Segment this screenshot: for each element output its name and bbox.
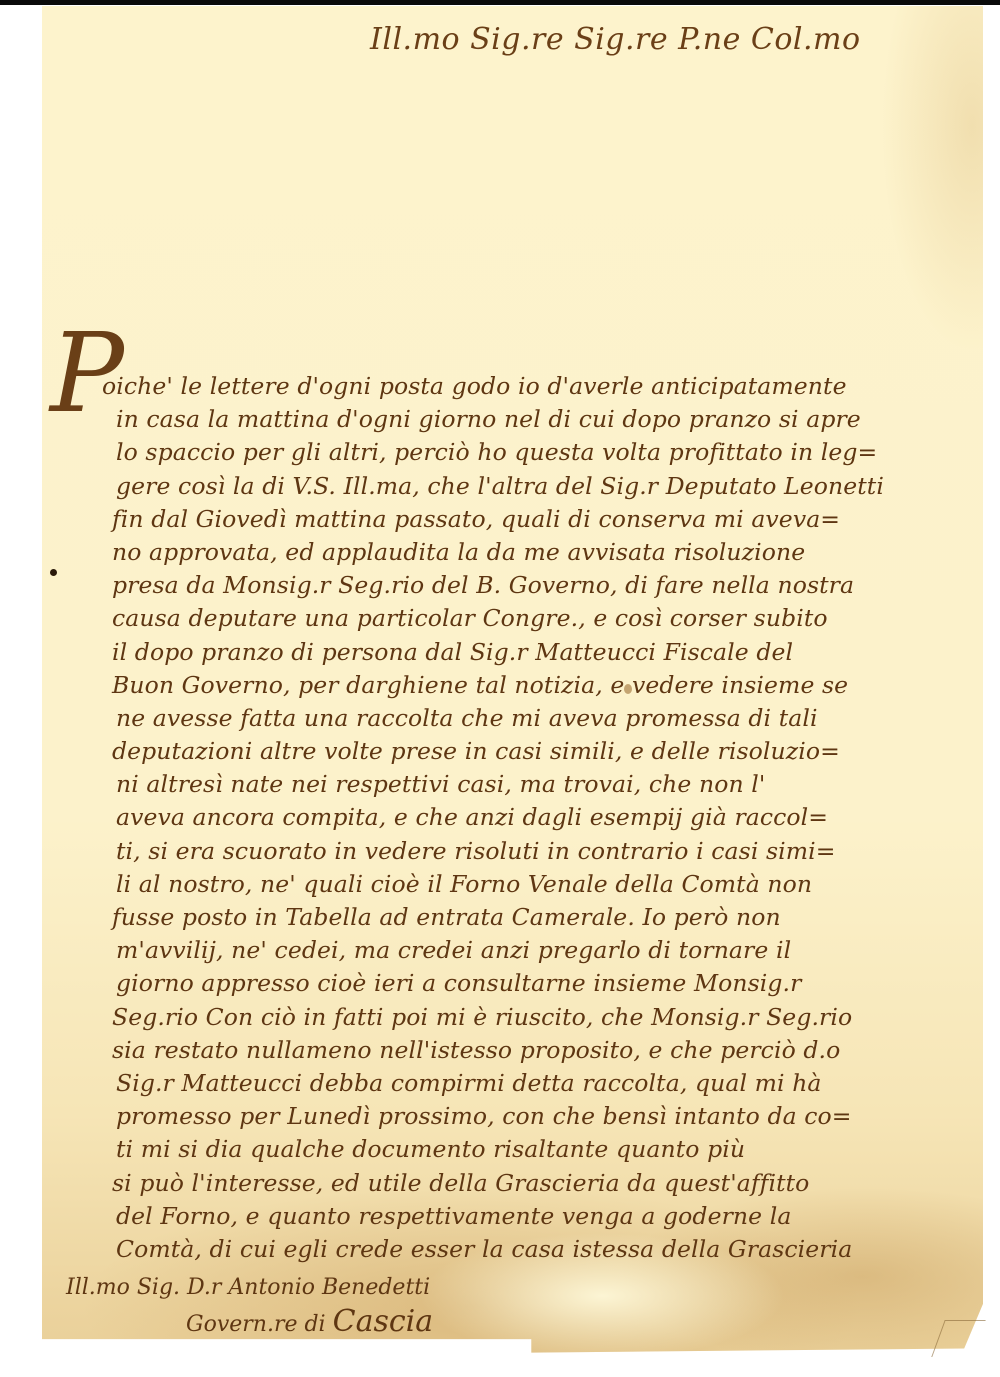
body-line: fusse posto in Tabella ad entrata Camera… bbox=[102, 901, 982, 934]
body-line: m'avvilij, ne' cedei, ma credei anzi pre… bbox=[102, 934, 982, 967]
scan-frame: Ill.mo Sig.re Sig.re P.ne Col.mo P oiche… bbox=[0, 0, 1000, 1377]
addressee-name: Ill.mo Sig. D.r Antonio Benedetti bbox=[66, 1272, 433, 1304]
body-line: fin dal Giovedì mattina passato, quali d… bbox=[102, 503, 982, 536]
body-line: deputazioni altre volte prese in casi si… bbox=[102, 735, 982, 768]
body-line: li al nostro, ne' quali cioè il Forno Ve… bbox=[102, 868, 982, 901]
body-line: Comtà, di cui egli crede esser la casa i… bbox=[102, 1233, 982, 1266]
body-line: lo spaccio per gli altri, perciò ho ques… bbox=[102, 436, 982, 469]
body-line: Seg.rio Con ciò in fatti poi mi è riusci… bbox=[102, 1001, 982, 1034]
body-line: oiche' le lettere d'ogni posta godo io d… bbox=[102, 370, 982, 403]
body-line: sia restato nullameno nell'istesso propo… bbox=[102, 1034, 982, 1067]
addressee-block: Ill.mo Sig. D.r Antonio Benedetti Govern… bbox=[66, 1272, 433, 1340]
body-line: in casa la mattina d'ogni giorno nel di … bbox=[102, 403, 982, 436]
body-line: si può l'interesse, ed utile della Grasc… bbox=[102, 1167, 982, 1200]
addressee-title-line: Govern.re di Cascia bbox=[66, 1304, 433, 1340]
body-line: presa da Monsig.r Seg.rio del B. Governo… bbox=[102, 569, 982, 602]
salutation-heading: Ill.mo Sig.re Sig.re P.ne Col.mo bbox=[370, 22, 861, 57]
body-line: gere così la di V.S. Ill.ma, che l'altra… bbox=[102, 470, 982, 503]
addressee-title: Govern.re di bbox=[186, 1312, 326, 1337]
body-line: il dopo pranzo di persona dal Sig.r Matt… bbox=[102, 636, 982, 669]
body-line: del Forno, e quanto respettivamente veng… bbox=[102, 1200, 982, 1233]
body-line: promesso per Lunedì prossimo, con che be… bbox=[102, 1100, 982, 1133]
body-line: giorno appresso cioè ieri a consultarne … bbox=[102, 967, 982, 1000]
margin-dot bbox=[50, 569, 57, 576]
addressee-place: Cascia bbox=[333, 1304, 434, 1339]
body-line: Buon Governo, per darghiene tal notizia,… bbox=[102, 669, 982, 702]
letter-body: oiche' le lettere d'ogni posta godo io d… bbox=[102, 370, 982, 1266]
body-line: ti mi si dia qualche documento risaltant… bbox=[102, 1133, 982, 1166]
body-line: ti, si era scuorato in vedere risoluti i… bbox=[102, 835, 982, 868]
body-line: no approvata, ed applaudita la da me avv… bbox=[102, 536, 982, 569]
body-line: causa deputare una particolar Congre., e… bbox=[102, 602, 982, 635]
body-line: Sig.r Matteucci debba compirmi detta rac… bbox=[102, 1067, 982, 1100]
body-line: ne avesse fatta una raccolta che mi avev… bbox=[102, 702, 982, 735]
scanner-edge-strip bbox=[0, 0, 1000, 5]
body-line: aveva ancora compita, e che anzi dagli e… bbox=[102, 801, 982, 834]
body-line: ni altresì nate nei respettivi casi, ma … bbox=[102, 768, 982, 801]
